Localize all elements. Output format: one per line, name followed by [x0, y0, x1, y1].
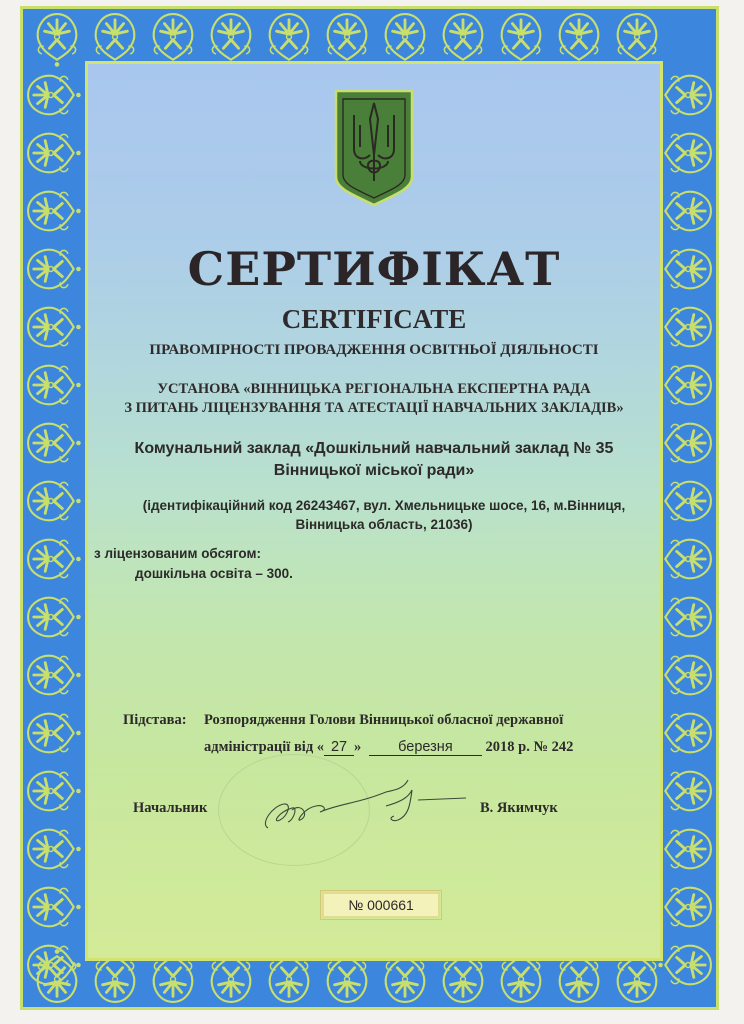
institution-line-1: УСТАНОВА «ВІННИЦЬКА РЕГІОНАЛЬНА ЕКСПЕРТН… — [88, 380, 660, 399]
serial-number: № 000661 — [322, 892, 440, 918]
licensed-volume-value: дошкільна освіта – 300. — [135, 566, 293, 581]
issuing-institution: УСТАНОВА «ВІННИЦЬКА РЕГІОНАЛЬНА ЕКСПЕРТН… — [88, 380, 660, 418]
basis-day: 27 — [324, 739, 354, 756]
basis-month: березня — [369, 739, 482, 756]
signature — [258, 776, 488, 836]
basis-text-line-1: Розпорядження Голови Вінницької обласної… — [204, 712, 563, 729]
certificate-subtitle: ПРАВОМІРНОСТІ ПРОВАДЖЕННЯ ОСВІТНЬОЇ ДІЯЛ… — [88, 342, 660, 359]
basis-label: Підстава: — [123, 712, 187, 729]
basis-prefix: адміністрації від « — [204, 739, 324, 755]
signatory-position: Начальник — [133, 800, 207, 817]
licensed-volume-label: з ліцензованим обсягом: — [94, 546, 261, 561]
certificate-panel: СЕРТИФІКАТ CERTIFICATE ПРАВОМІРНОСТІ ПРО… — [85, 61, 663, 961]
signatory-name: В. Якимчук — [480, 800, 558, 817]
trident-coat-of-arms-icon — [334, 89, 414, 207]
address-line-1: (ідентифікаційний код 26243467, вул. Хме… — [108, 496, 660, 515]
certificate-title-english: CERTIFICATE — [88, 304, 660, 335]
basis-quote-close: » — [354, 739, 361, 755]
address-line-2: Вінницька область, 21036) — [108, 515, 660, 534]
organization-address: (ідентифікаційний код 26243467, вул. Хме… — [108, 496, 660, 534]
certificate-title: СЕРТИФІКАТ — [88, 242, 660, 296]
organization-line-2: Вінницької міської ради» — [88, 460, 660, 482]
institution-line-2: З ПИТАНЬ ЛІЦЕНЗУВАННЯ ТА АТЕСТАЦІЇ НАВЧА… — [88, 399, 660, 418]
organization-line-1: Комунальний заклад «Дошкільний навчальни… — [88, 438, 660, 460]
organization-name: Комунальний заклад «Дошкільний навчальни… — [88, 438, 660, 482]
basis-text-line-2: адміністрації від «27» березня 2018 р. №… — [204, 739, 573, 756]
basis-suffix: 2018 р. № 242 — [486, 739, 574, 755]
certificate-border: СЕРТИФІКАТ CERTIFICATE ПРАВОМІРНОСТІ ПРО… — [20, 6, 719, 1010]
